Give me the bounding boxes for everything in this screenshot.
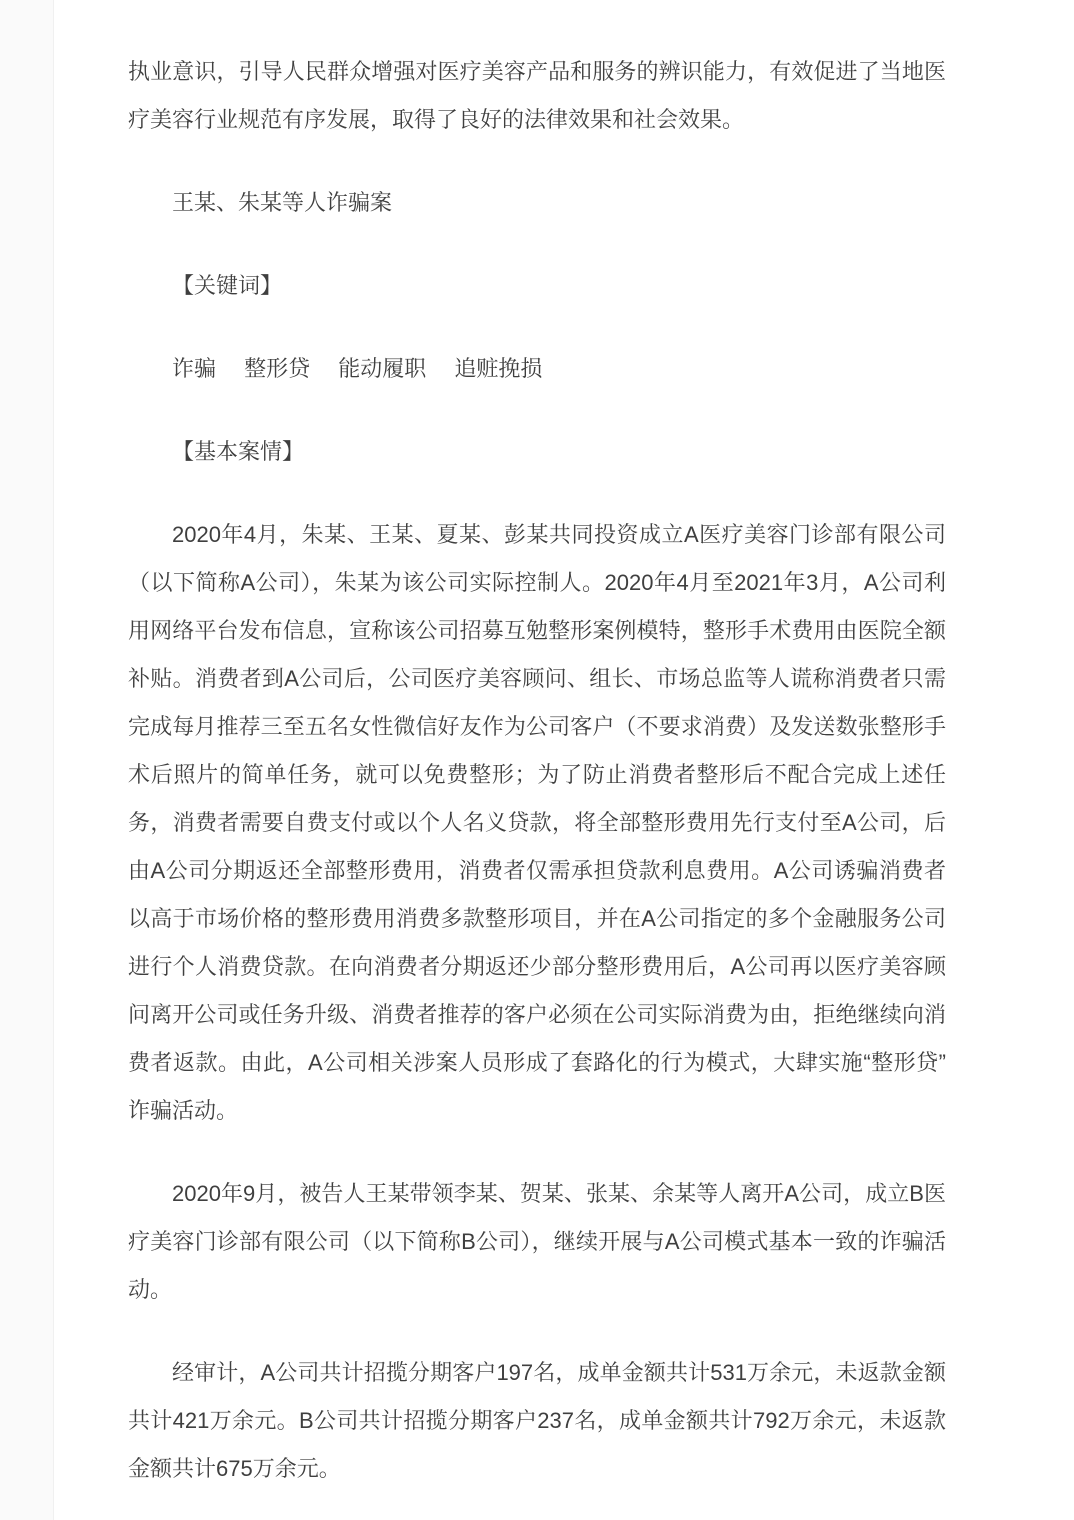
keyword: 追赃挽损: [454, 356, 542, 381]
keyword: 诈骗: [172, 356, 216, 381]
facts-paragraph-1: 2020年4月，朱某、王某、夏某、彭某共同投资成立A医疗美容门诊部有限公司（以下…: [128, 511, 946, 1135]
facts-heading: 【基本案情】: [128, 428, 946, 476]
keyword: 整形贷: [244, 356, 310, 381]
facts-paragraph-2: 2020年9月，被告人王某带领李某、贺某、张某、余某等人离开A公司，成立B医疗美…: [128, 1170, 946, 1314]
keywords-line: 诈骗 整形贷 能动履职 追赃挽损: [128, 345, 946, 393]
document-page: 执业意识，引导人民群众增强对医疗美容产品和服务的辨识能力，有效促进了当地医疗美容…: [128, 0, 946, 1520]
case-title: 王某、朱某等人诈骗案: [128, 179, 946, 227]
page-left-gutter: [0, 0, 54, 1520]
keyword: 能动履职: [338, 356, 426, 381]
keywords-heading: 【关键词】: [128, 262, 946, 310]
facts-paragraph-3: 经审计，A公司共计招揽分期客户197名，成单金额共计531万余元，未返款金额共计…: [128, 1349, 946, 1493]
continuation-paragraph: 执业意识，引导人民群众增强对医疗美容产品和服务的辨识能力，有效促进了当地医疗美容…: [128, 48, 946, 144]
